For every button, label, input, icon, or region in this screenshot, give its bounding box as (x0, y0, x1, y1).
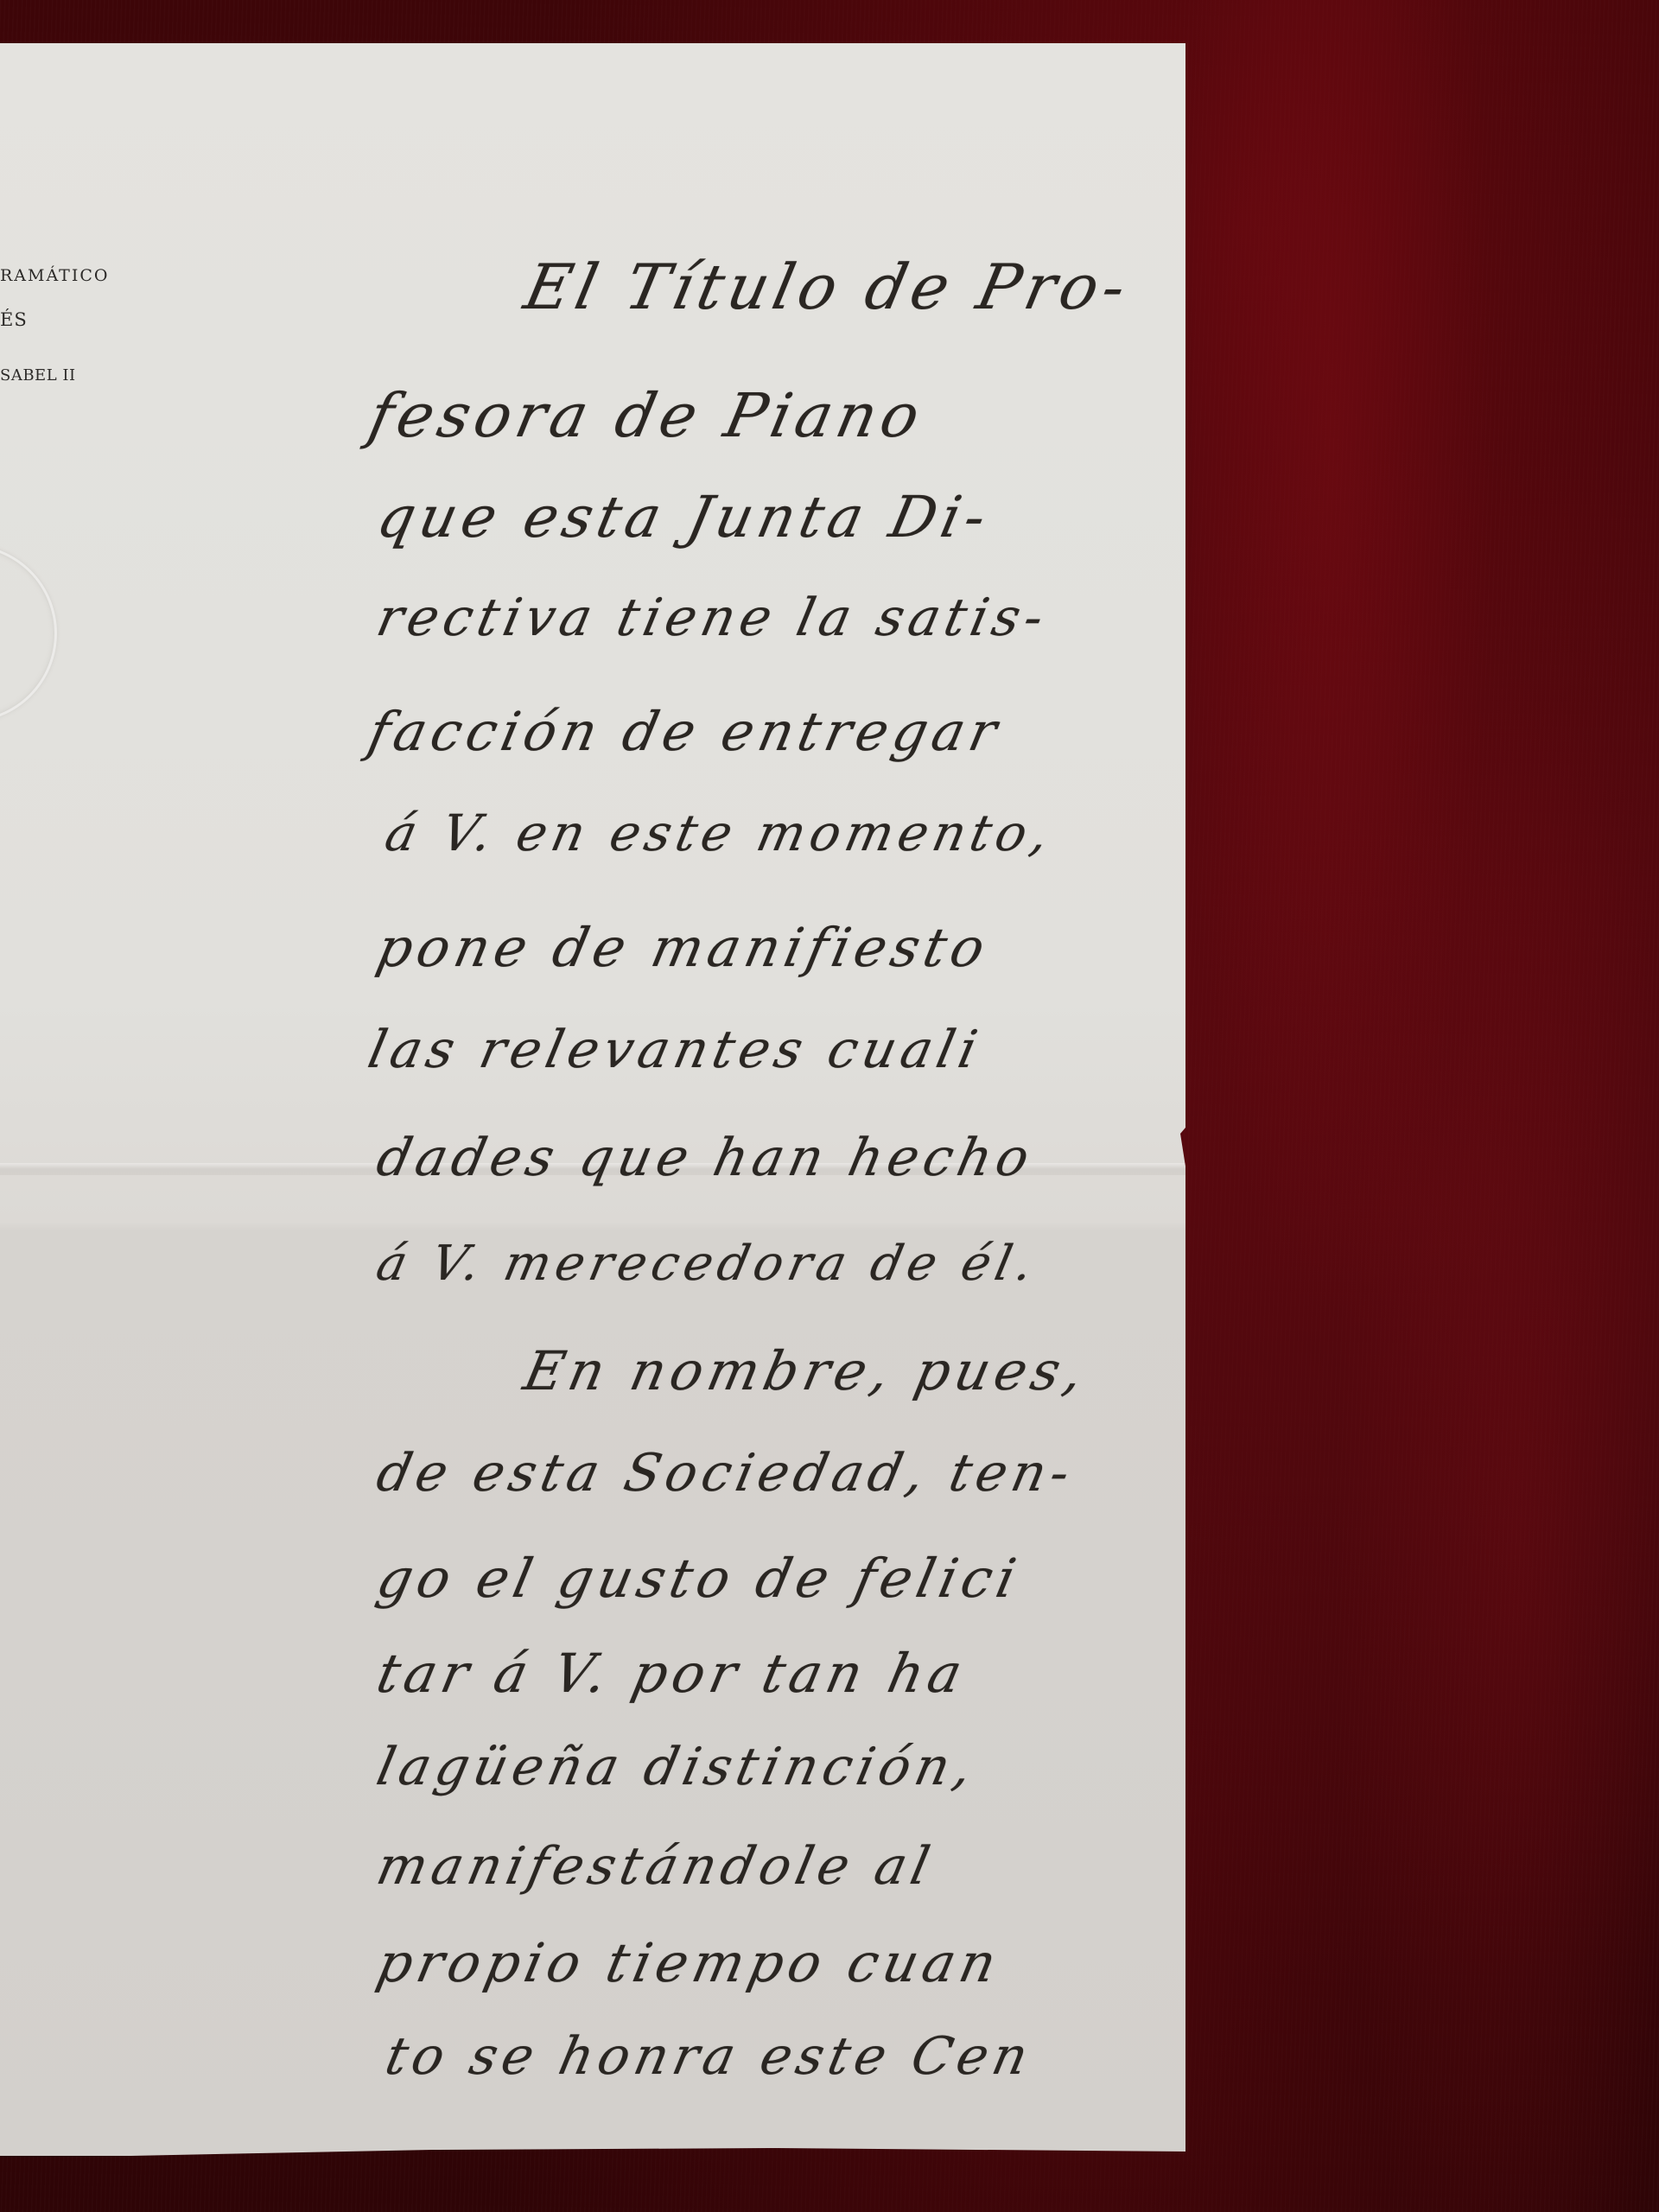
letter-line: to se honra este Cen (380, 2026, 1039, 2087)
letter-line: fesora de Piano (363, 380, 931, 451)
letter-line: facción de entregar (363, 700, 1007, 763)
velvet-background (1192, 0, 1659, 2212)
letter-line: go el gusto de felici (372, 1547, 1027, 1610)
letter-line: las relevantes cuali (363, 1020, 988, 1080)
letter-line: manifestándole al (372, 1836, 940, 1897)
letter-line: á V. merecedora de él. (372, 1236, 1043, 1292)
letter-line: á V. en este momento, (380, 804, 1059, 862)
letter-line: lagüeña distinción, (372, 1737, 982, 1797)
letter-line: propio tiempo cuan (372, 1931, 1007, 1994)
letter-line: El Título de Pro- (518, 251, 1137, 323)
letter-line: En nombre, pues, (518, 1339, 1094, 1402)
letter-body: El Título de Pro- fesora de Piano que es… (0, 0, 1185, 2160)
letter-line: pone de manifiesto (372, 916, 995, 979)
letter-line: de esta Sociedad, ten- (372, 1443, 1080, 1503)
letter-line: rectiva tiene la satis- (372, 588, 1054, 648)
letter-line: que esta Junta Di- (372, 484, 997, 550)
letter-line: dades que han hecho (372, 1128, 1039, 1188)
letter-line: tar á V. por tan ha (372, 1642, 973, 1705)
